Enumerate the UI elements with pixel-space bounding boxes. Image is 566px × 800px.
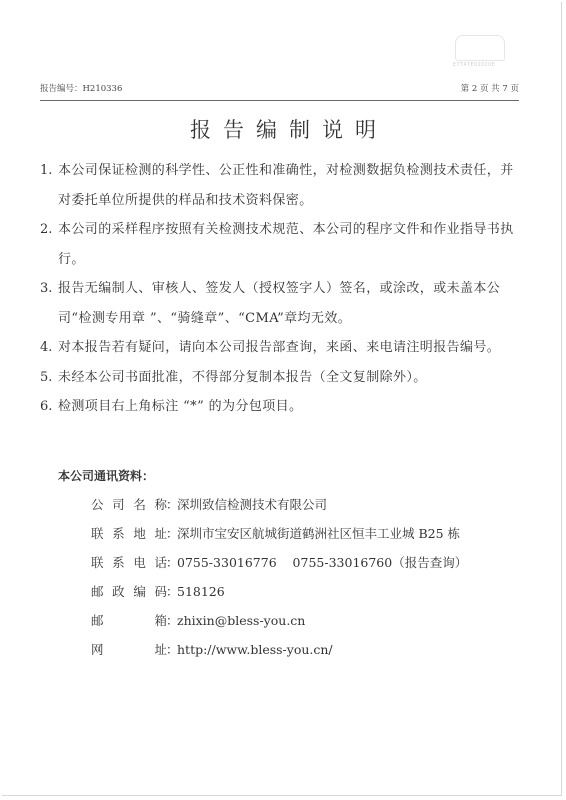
report-number: 报告编号：H210336	[40, 82, 122, 94]
contact-info: 公司名称 ： 深圳致信检测技术有限公司 联系地址 ： 深圳市宝安区航城街道鹤洲社…	[91, 493, 531, 667]
report-number-value: H210336	[83, 84, 123, 94]
contact-row-website: 网址 ： http://www.bless-you.cn/	[91, 638, 531, 667]
contact-label: 邮政编码	[91, 580, 167, 604]
list-item: 4. 对本报告若有疑问，请向本公司报告部查询，来函、来电请注明报告编号。	[40, 333, 520, 363]
list-item: 5. 未经本公司书面批准，不得部分复制本报告（全文复制除外）。	[40, 363, 520, 393]
contact-label: 联系地址	[91, 522, 167, 546]
report-header: 报告编号：H210336 第 2 页 共 7 页	[40, 82, 519, 101]
list-item: 6. 检测项目右上角标注 “*” 的为分包项目。	[40, 392, 520, 422]
item-text: 对本报告若有疑问，请向本公司报告部查询，来函、来电请注明报告编号。	[58, 333, 520, 363]
contact-row-address: 联系地址 ： 深圳市宝安区航城街道鹤洲社区恒丰工业城 B25 栋	[91, 522, 531, 551]
item-text: 检测项目右上角标注 “*” 的为分包项目。	[58, 392, 520, 422]
logo-mark-icon	[455, 35, 505, 61]
company-phone: 0755-33016776 0755-33016760（报告查询）	[177, 551, 467, 575]
item-number: 2.	[40, 215, 60, 245]
contact-label: 邮箱	[91, 609, 167, 633]
contact-row-phone: 联系电话 ： 0755-33016776 0755-33016760（报告查询）	[91, 551, 531, 580]
contact-row-postcode: 邮政编码 ： 518126	[91, 580, 531, 609]
item-number: 6.	[40, 392, 60, 422]
page-info: 第 2 页 共 7 页	[461, 82, 519, 94]
item-text: 未经本公司书面批准，不得部分复制本报告（全文复制除外）。	[58, 363, 520, 393]
list-item: 2. 本公司的采样程序按照有关检测技术规范、本公司的程序文件和作业指导书执行。	[40, 215, 520, 274]
logo-code: ЕТТАТЕОІОІОЕ	[453, 62, 508, 68]
contact-label: 联系电话	[91, 551, 167, 575]
item-number: 3.	[40, 274, 60, 304]
item-number: 1.	[40, 156, 60, 186]
contact-row-email: 邮箱 ： zhixin@bless-you.cn	[91, 609, 531, 638]
contact-label: 公司名称	[91, 493, 167, 517]
contact-section-title: 本公司通讯资料：	[58, 467, 154, 484]
company-address: 深圳市宝安区航城街道鹤洲社区恒丰工业城 B25 栋	[177, 522, 460, 546]
report-number-label: 报告编号：	[40, 84, 83, 94]
list-item: 3. 报告无编制人、审核人、签发人（授权签字人）签名，或涂改，或未盖本公司“检测…	[40, 274, 520, 333]
company-name: 深圳致信检测技术有限公司	[177, 493, 327, 517]
company-postcode: 518126	[177, 580, 225, 604]
item-text: 报告无编制人、审核人、签发人（授权签字人）签名，或涂改，或未盖本公司“检测专用章…	[58, 274, 520, 333]
certification-logo: ЕТТАТЕОІОІОЕ	[453, 30, 508, 70]
contact-row-company: 公司名称 ： 深圳致信检测技术有限公司	[91, 493, 531, 522]
item-number: 5.	[40, 363, 60, 393]
contact-label: 网址	[91, 638, 167, 662]
list-item: 1. 本公司保证检测的科学性、公正性和准确性，对检测数据负检测技术责任，并对委托…	[40, 156, 520, 215]
item-text: 本公司保证检测的科学性、公正性和准确性，对检测数据负检测技术责任，并对委托单位所…	[58, 156, 520, 215]
company-email[interactable]: zhixin@bless-you.cn	[177, 609, 305, 633]
item-text: 本公司的采样程序按照有关检测技术规范、本公司的程序文件和作业指导书执行。	[58, 215, 520, 274]
item-number: 4.	[40, 333, 60, 363]
page-title: 报告编制说明	[0, 114, 566, 144]
company-website[interactable]: http://www.bless-you.cn/	[177, 638, 333, 662]
notes-list: 1. 本公司保证检测的科学性、公正性和准确性，对检测数据负检测技术责任，并对委托…	[40, 156, 520, 422]
